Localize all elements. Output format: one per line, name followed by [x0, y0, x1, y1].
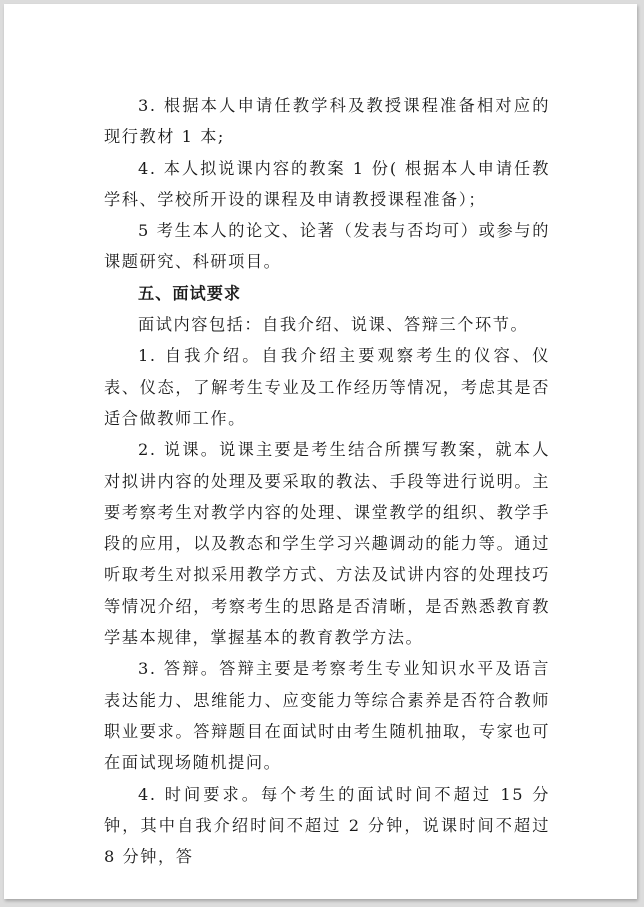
paragraph-item-5-papers: 5 考生本人的论文、论著（发表与否均可）或参与的课题研究、科研项目。	[104, 215, 550, 278]
paragraph-self-introduction: 1. 自我介绍。自我介绍主要观察考生的仪容、仪表、仪态，了解考生专业及工作经历等…	[104, 340, 550, 434]
paragraph-interview-content: 面试内容包括：自我介绍、说课、答辩三个环节。	[104, 309, 550, 340]
page-content: 3. 根据本人申请任教学科及教授课程准备相对应的现行教材 1 本; 4. 本人拟…	[104, 90, 550, 872]
paragraph-lesson-presentation: 2. 说课。说课主要是考生结合所撰写教案，就本人对拟讲内容的处理及要采取的教法、…	[104, 434, 550, 653]
document-page: 3. 根据本人申请任教学科及教授课程准备相对应的现行教材 1 本; 4. 本人拟…	[4, 4, 637, 899]
paragraph-item-3-textbook: 3. 根据本人申请任教学科及教授课程准备相对应的现行教材 1 本;	[104, 90, 550, 153]
section-heading-interview-requirements: 五、面试要求	[104, 278, 550, 309]
paragraph-defense: 3. 答辩。答辩主要是考察考生专业知识水平及语言表达能力、思维能力、应变能力等综…	[104, 653, 550, 778]
paragraph-time-requirements: 4. 时间要求。每个考生的面试时间不超过 15 分钟，其中自我介绍时间不超过 2…	[104, 779, 550, 873]
paragraph-item-4-lesson-plan: 4. 本人拟说课内容的教案 1 份( 根据本人申请任教学科、学校所开设的课程及申…	[104, 153, 550, 216]
